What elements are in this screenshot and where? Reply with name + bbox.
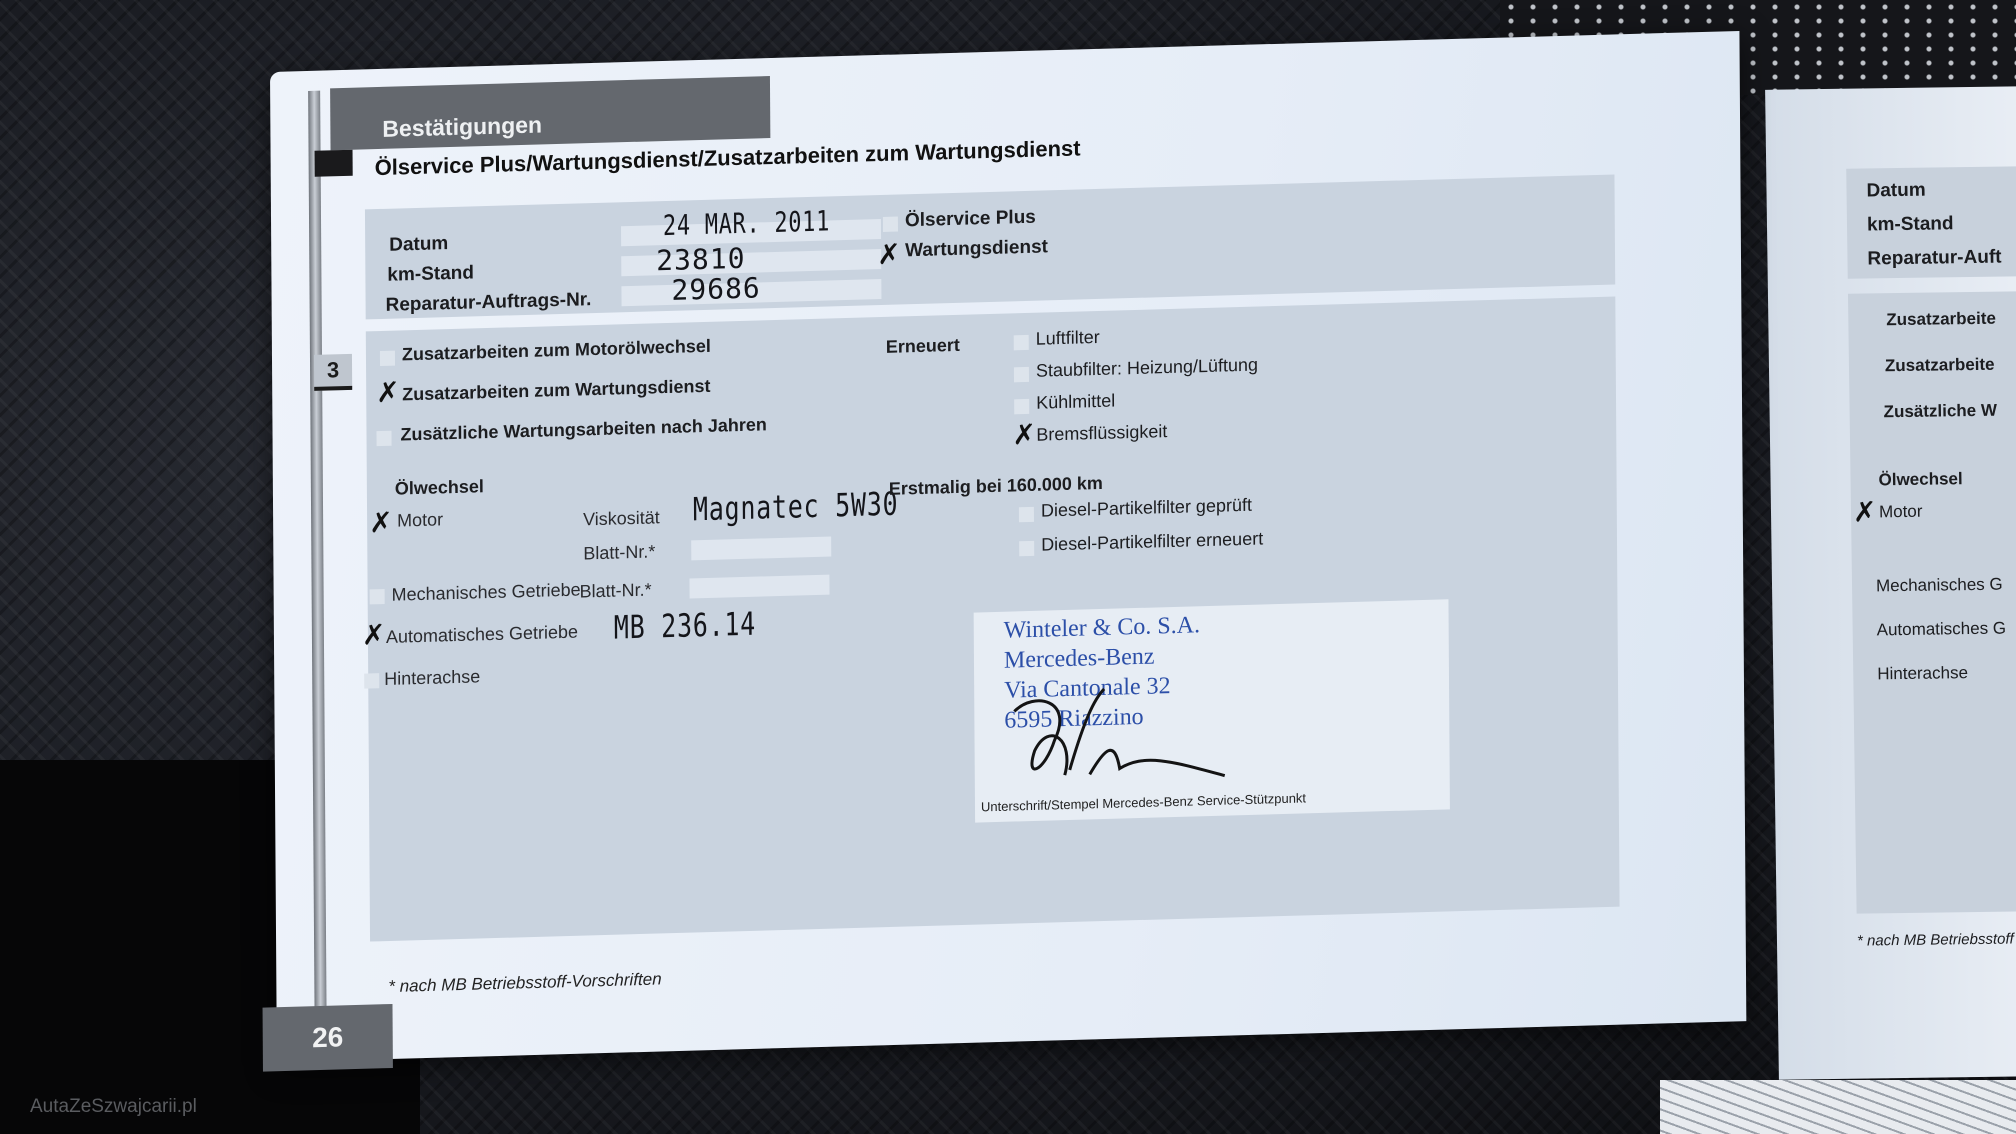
check-mark-icon: ✗: [369, 509, 393, 538]
chapter-tab: 3: [314, 354, 352, 391]
mechanisch-blatt-field: [689, 575, 829, 599]
luftfilter-label: Luftfilter: [1036, 327, 1100, 350]
dpf-erneuert-checkbox: [1019, 541, 1034, 556]
check-mark-icon: ✗: [362, 621, 386, 650]
section-marker: [315, 150, 353, 177]
right-item-3: Hinterachse: [1877, 663, 1968, 684]
right-field-datum: Datum: [1866, 180, 1925, 203]
right-work-1: Zusatzarbeite: [1886, 309, 1996, 331]
km-label: km-Stand: [387, 262, 474, 286]
datum-label: Datum: [389, 233, 448, 257]
left-page: Bestätigungen Ölservice Plus/Wartungsdie…: [270, 31, 1746, 1062]
right-field-auftrag: Reparatur-Auft: [1867, 247, 2001, 271]
page-number: 26: [263, 1004, 393, 1072]
right-motor: Motor: [1879, 502, 1923, 523]
stamp-caption: Unterschrift/Stempel Mercedes-Benz Servi…: [981, 790, 1306, 814]
kuehlmittel-label: Kühlmittel: [1036, 391, 1115, 414]
right-main-panel: [1848, 291, 2016, 914]
check-mark-icon: ✗: [1012, 421, 1036, 450]
right-work-2: Zusatzarbeite: [1885, 355, 1995, 377]
check-mark-icon: ✗: [1853, 498, 1877, 526]
viskositaet-label: Viskosität: [583, 507, 660, 530]
footnote: * nach MB Betriebsstoff-Vorschriften: [388, 969, 661, 997]
viskositaet-value: Magnatec 5W30: [693, 485, 899, 529]
blatt-nr-field: [691, 537, 831, 561]
oelservice-plus-checkbox: [883, 217, 898, 232]
bremsfluessigkeit-label: Bremsflüssigkeit: [1036, 421, 1167, 446]
luftfilter-checkbox: [1014, 335, 1029, 350]
mechanisch-checkbox: [370, 589, 385, 604]
check-mark-icon: ✗: [877, 240, 901, 269]
booklet-spine: [308, 91, 327, 1052]
kuehlmittel-checkbox: [1014, 399, 1029, 414]
erneuert-title: Erneuert: [886, 335, 960, 358]
mechanisch-blatt-label: Blatt-Nr.*: [579, 580, 651, 603]
blatt-nr-label: Blatt-Nr.*: [583, 541, 655, 564]
right-field-km: km-Stand: [1867, 213, 1954, 236]
staubfilter-checkbox: [1014, 367, 1029, 382]
right-work-3: Zusätzliche W: [1883, 401, 1997, 423]
oelservice-plus-label: Ölservice Plus: [905, 207, 1036, 233]
hinterachse-checkbox: [364, 673, 379, 688]
oelwechsel-title: Ölwechsel: [395, 476, 484, 499]
automatisch-value: MB 236.14: [614, 605, 756, 647]
wartungsdienst-label: Wartungsdienst: [905, 236, 1048, 262]
check-mark-icon: ✗: [376, 379, 400, 408]
auftrag-value: 29686: [671, 271, 760, 306]
motoroel-checkbox: [380, 351, 395, 366]
section-header: Bestätigungen: [330, 76, 770, 150]
nach-jahren-checkbox: [376, 431, 391, 446]
paper-scrap: [1660, 1080, 2016, 1134]
hinterachse-label: Hinterachse: [384, 666, 480, 690]
right-footnote: * nach MB Betriebsstoff: [1857, 930, 2014, 949]
service-booklet: Bestätigungen Ölservice Plus/Wartungsdie…: [270, 30, 1776, 1072]
right-item-2: Automatisches G: [1877, 619, 2007, 641]
motor-label: Motor: [397, 509, 443, 531]
right-oil-title: Ölwechsel: [1878, 469, 1962, 490]
section-label: Bestätigungen: [382, 111, 542, 142]
right-page: Datum km-Stand Reparatur-Auft Zusatzarbe…: [1765, 86, 2016, 1080]
stamp-line-company: Winteler & Co. S.A.: [1004, 610, 1200, 645]
signature-icon: [994, 675, 1255, 792]
watermark: AutaZeSzwajcarii.pl: [30, 1096, 197, 1118]
stamp-area: Winteler & Co. S.A. Mercedes-Benz Via Ca…: [974, 599, 1450, 822]
dpf-geprueft-checkbox: [1019, 507, 1034, 522]
datum-value: 24 MAR. 2011: [663, 204, 830, 242]
right-item-1: Mechanisches G: [1876, 575, 2003, 597]
